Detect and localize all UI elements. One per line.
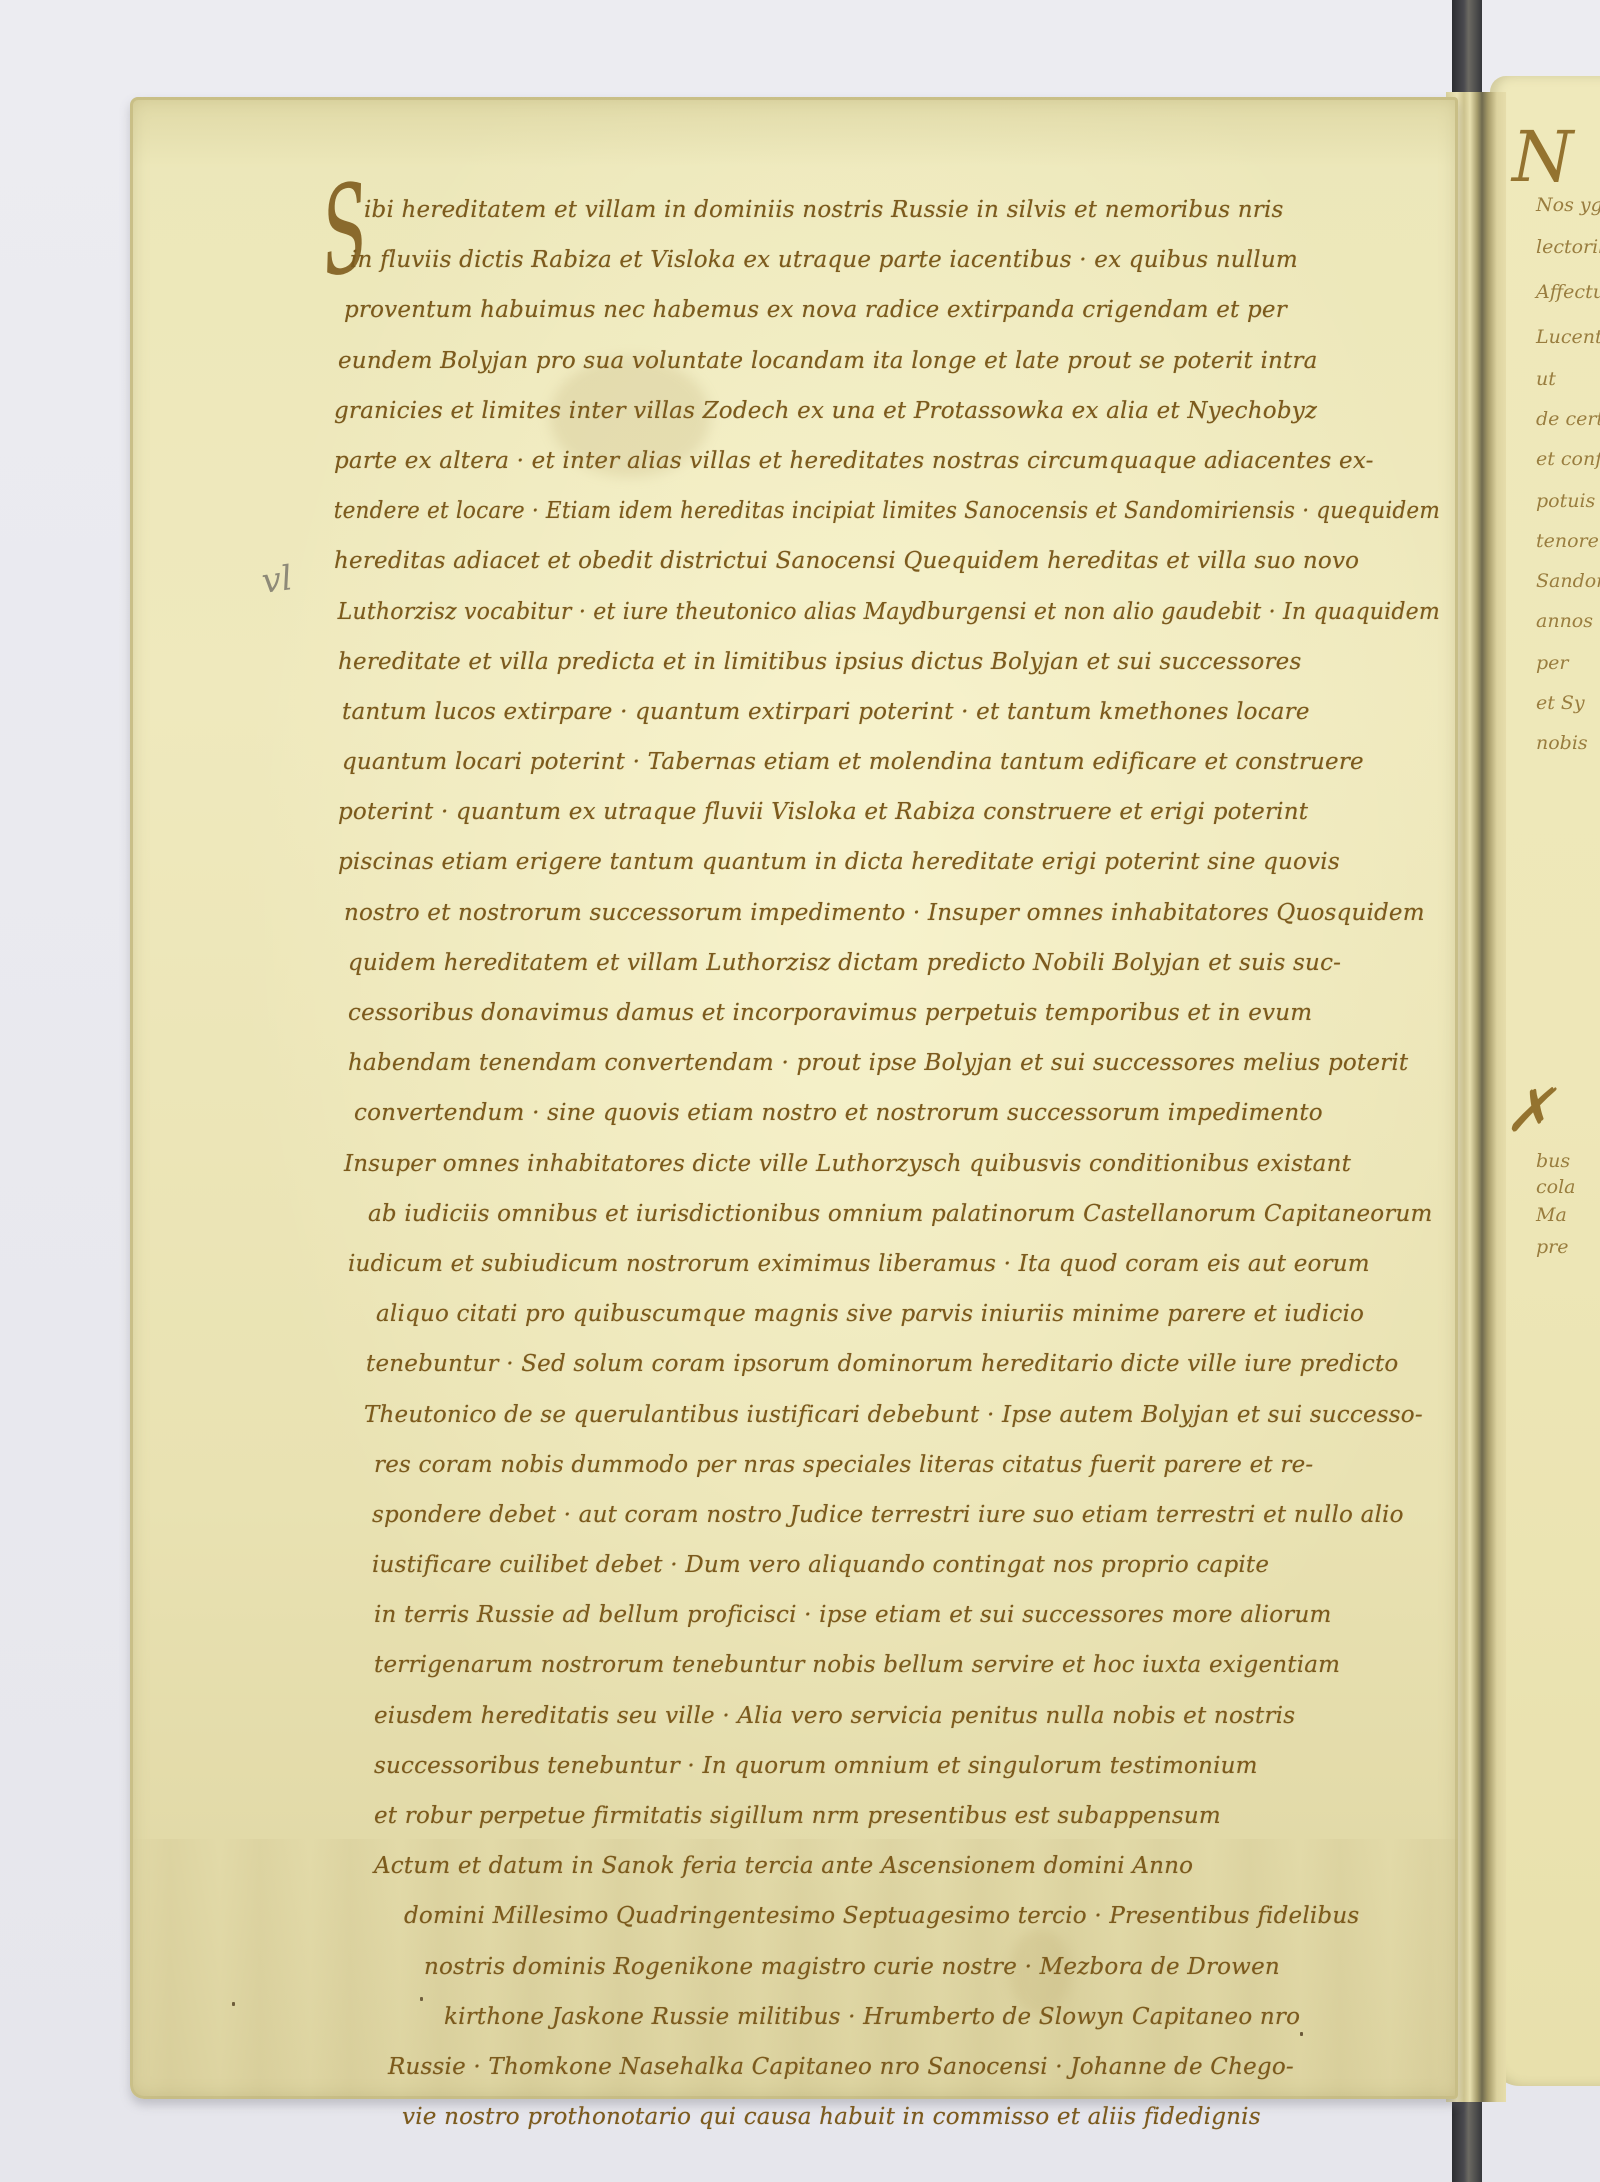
- facing-line: ut: [1536, 368, 1556, 390]
- facing-line: potuis: [1536, 490, 1595, 512]
- text-line: Actum et datum in Sanok feria tercia ant…: [330, 1841, 1440, 1891]
- facing-line: Sandom: [1536, 570, 1600, 592]
- text-line: ab iudiciis omnibus et iurisdictionibus …: [330, 1189, 1440, 1239]
- facing-line: Affectu: [1536, 281, 1600, 303]
- facing-line: Ma: [1536, 1204, 1567, 1226]
- facing-page: N Nos ygitur lectoribus Affectu Lucentib…: [1490, 76, 1600, 2086]
- text-line: convertendum · sine quovis etiam nostro …: [330, 1088, 1440, 1138]
- text-line: cessoribus donavimus damus et incorporav…: [330, 988, 1440, 1038]
- text-line: kirthone Jaskone Russie militibus · Hrum…: [330, 1992, 1440, 2042]
- text-line: tendere et locare · Etiam idem hereditas…: [330, 486, 1370, 536]
- text-line: et robur perpetue firmitatis sigillum nr…: [330, 1791, 1440, 1841]
- facing-line: tenore: [1536, 530, 1599, 552]
- text-line: quantum locari poterint · Tabernas etiam…: [330, 737, 1440, 787]
- text-line: aliquo citati pro quibuscumque magnis si…: [330, 1289, 1440, 1339]
- facing-line: et confir: [1536, 448, 1600, 470]
- text-line: domini Millesimo Quadringentesimo Septua…: [330, 1891, 1440, 1941]
- text-line: in terris Russie ad bellum proficisci · …: [330, 1590, 1440, 1640]
- text-line: eundem Bolyjan pro sua voluntate locanda…: [330, 336, 1440, 386]
- charter-text: ibi hereditatem et villam in dominiis no…: [330, 185, 1440, 2142]
- book-clamp-bottom: [1452, 2096, 1482, 2182]
- facing-line: pre: [1536, 1236, 1569, 1258]
- facing-line: Nos ygitur: [1536, 194, 1600, 216]
- facing-line: et Sy: [1536, 692, 1585, 714]
- text-line: granicies et limites inter villas Zodech…: [330, 386, 1440, 436]
- text-line: iustificare cuilibet debet · Dum vero al…: [330, 1540, 1440, 1590]
- text-line: eiusdem hereditatis seu ville · Alia ver…: [330, 1691, 1440, 1741]
- facing-line: bus: [1536, 1150, 1570, 1172]
- text-line: proventum habuimus nec habemus ex nova r…: [330, 285, 1440, 335]
- facing-line: nobis: [1536, 732, 1588, 754]
- text-line: tantum lucos extirpare · quantum extirpa…: [330, 687, 1440, 737]
- text-line: vie nostro prothonotario qui causa habui…: [330, 2092, 1440, 2142]
- text-line: poterint · quantum ex utraque fluvii Vis…: [330, 787, 1440, 837]
- text-line: nostro et nostrorum successorum impedime…: [330, 888, 1440, 938]
- facing-page-flourish: ✗: [1504, 1076, 1554, 1146]
- text-line: successoribus tenebuntur · In quorum omn…: [330, 1741, 1440, 1791]
- book-clamp-top: [1452, 0, 1482, 100]
- text-line: hereditate et villa predicta et in limit…: [330, 637, 1440, 687]
- text-line: spondere debet · aut coram nostro Judice…: [330, 1490, 1440, 1540]
- facing-line: per: [1536, 652, 1569, 674]
- facing-line: lectoribus: [1536, 236, 1600, 258]
- facing-page-initial: N: [1512, 116, 1573, 198]
- text-line: quidem hereditatem et villam Luthorzisz …: [330, 938, 1440, 988]
- text-line: iudicum et subiudicum nostrorum eximimus…: [330, 1239, 1440, 1289]
- text-line: parte ex altera · et inter alias villas …: [330, 436, 1440, 486]
- text-line: tenebuntur · Sed solum coram ipsorum dom…: [330, 1339, 1440, 1389]
- marginal-note: vl: [259, 558, 294, 602]
- parchment-speck: [232, 2002, 235, 2006]
- text-line: piscinas etiam erigere tantum quantum in…: [330, 837, 1440, 887]
- text-line: Insuper omnes inhabitatores dicte ville …: [330, 1139, 1440, 1189]
- text-line: ibi hereditatem et villam in dominiis no…: [330, 185, 1440, 235]
- text-line: nostris dominis Rogenikone magistro curi…: [330, 1942, 1440, 1992]
- text-line: res coram nobis dummodo per nras special…: [330, 1440, 1440, 1490]
- text-line: habendam tenendam convertendam · prout i…: [330, 1038, 1440, 1088]
- facing-line: cola: [1536, 1176, 1575, 1198]
- text-line: Russie · Thomkone Nasehalka Capitaneo nr…: [330, 2042, 1440, 2092]
- text-line: hereditas adiacet et obedit districtui S…: [330, 536, 1440, 586]
- facing-line: annos: [1536, 610, 1593, 632]
- facing-line: Lucentibus: [1536, 326, 1600, 348]
- text-line: Theutonico de se querulantibus iustifica…: [330, 1390, 1440, 1440]
- text-line: in fluviis dictis Rabiza et Visloka ex u…: [330, 235, 1440, 285]
- facing-line: de certe: [1536, 408, 1600, 430]
- text-line: terrigenarum nostrorum tenebuntur nobis …: [330, 1640, 1440, 1690]
- text-line: Luthorzisz vocabitur · et iure theutonic…: [330, 587, 1393, 637]
